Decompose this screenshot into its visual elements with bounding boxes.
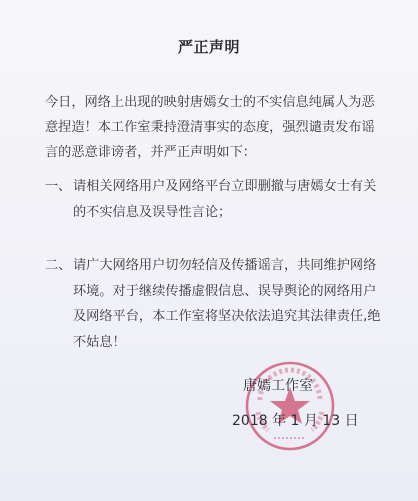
statement-document: 严正声明 今日，网络上出现的映射唐嫣女士的不实信息纯属人为恶 意捏造！本工作室秉…: [0, 0, 418, 501]
item-line: 不姑息！: [73, 330, 381, 356]
intro-line: 意捏造！本工作室秉持澄清事实的态度，强烈谴责发布谣: [45, 115, 365, 140]
item-marker: 二、: [45, 253, 71, 279]
item-line: 及网络平台，本工作室将坚决依法追究其法律责任,绝: [73, 304, 381, 330]
item-line: 的不实信息及误导性言论；: [73, 200, 376, 226]
signature: 唐嫣工作室: [243, 375, 313, 395]
item-line: 请广大网络用户切勿轻信及传播谣言，共同维护网络: [73, 253, 381, 279]
document-title: 严正声明: [0, 36, 418, 57]
item-body: 请相关网络用户及网络平台立即删撤与唐嫣女士有关 的不实信息及误导性言论；: [73, 174, 376, 225]
item-line: 请相关网络用户及网络平台立即删撤与唐嫣女士有关: [73, 174, 376, 200]
red-star-seal-icon: [244, 360, 336, 452]
signature-date: 2018 年 1 月 13 日: [232, 410, 359, 430]
intro-line: 言的恶意诽谤者，并严正声明如下：: [45, 140, 365, 165]
intro-line: 今日，网络上出现的映射唐嫣女士的不实信息纯属人为恶: [45, 90, 365, 115]
intro-paragraph: 今日，网络上出现的映射唐嫣女士的不实信息纯属人为恶 意捏造！本工作室秉持澄清事实…: [45, 90, 365, 165]
item-line: 环境。对于继续传播虚假信息、误导舆论的网络用户: [73, 279, 381, 305]
item-body: 请广大网络用户切勿轻信及传播谣言，共同维护网络 环境。对于继续传播虚假信息、误导…: [73, 253, 381, 355]
item-marker: 一、: [45, 174, 71, 200]
